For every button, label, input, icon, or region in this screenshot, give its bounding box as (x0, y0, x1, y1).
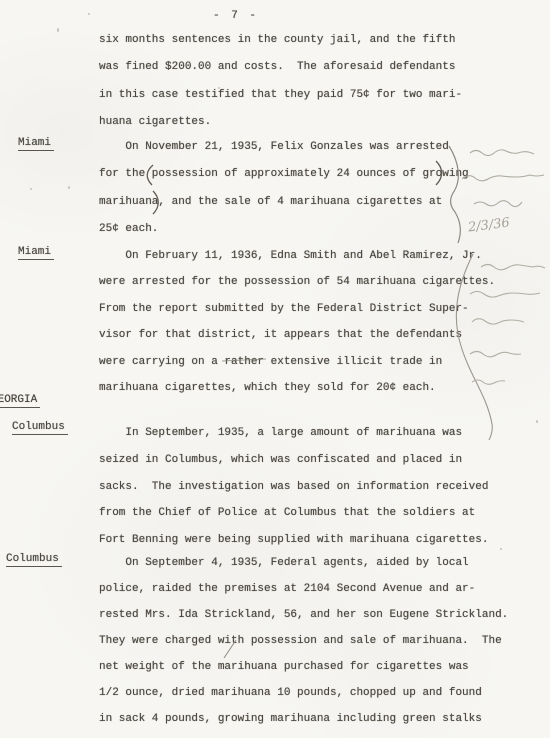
page-number: - 7 - (213, 10, 259, 22)
paragraph-continuation: six months sentences in the county jail,… (99, 27, 462, 136)
margin-label-miami-1: Miami (18, 137, 54, 151)
margin-label-miami-2: Miami (18, 246, 54, 260)
document-page: { "page": { "page_number": "- 7 -", "pap… (0, 0, 550, 738)
paper-speck (68, 186, 70, 189)
paper-speck (88, 13, 90, 15)
paper-speck (218, 87, 220, 89)
paper-speck (500, 548, 502, 550)
paragraph-columbus-1: In September, 1935, a large amount of ma… (99, 420, 488, 554)
paragraph-miami-1: On November 21, 1935, Felix Gonzales was… (99, 134, 469, 243)
paragraph-columbus-2: On September 4, 1935, Federal agents, ai… (99, 550, 508, 732)
paragraph-miami-2: On February 11, 1936, Edna Smith and Abe… (99, 243, 495, 401)
paper-speck (30, 188, 32, 190)
state-heading-georgia: GEORGIA (0, 394, 40, 408)
paper-speck (57, 28, 59, 32)
margin-label-columbus-1: Columbus (12, 421, 68, 435)
margin-label-columbus-2: Columbus (6, 553, 62, 567)
paper-speck (536, 420, 538, 423)
